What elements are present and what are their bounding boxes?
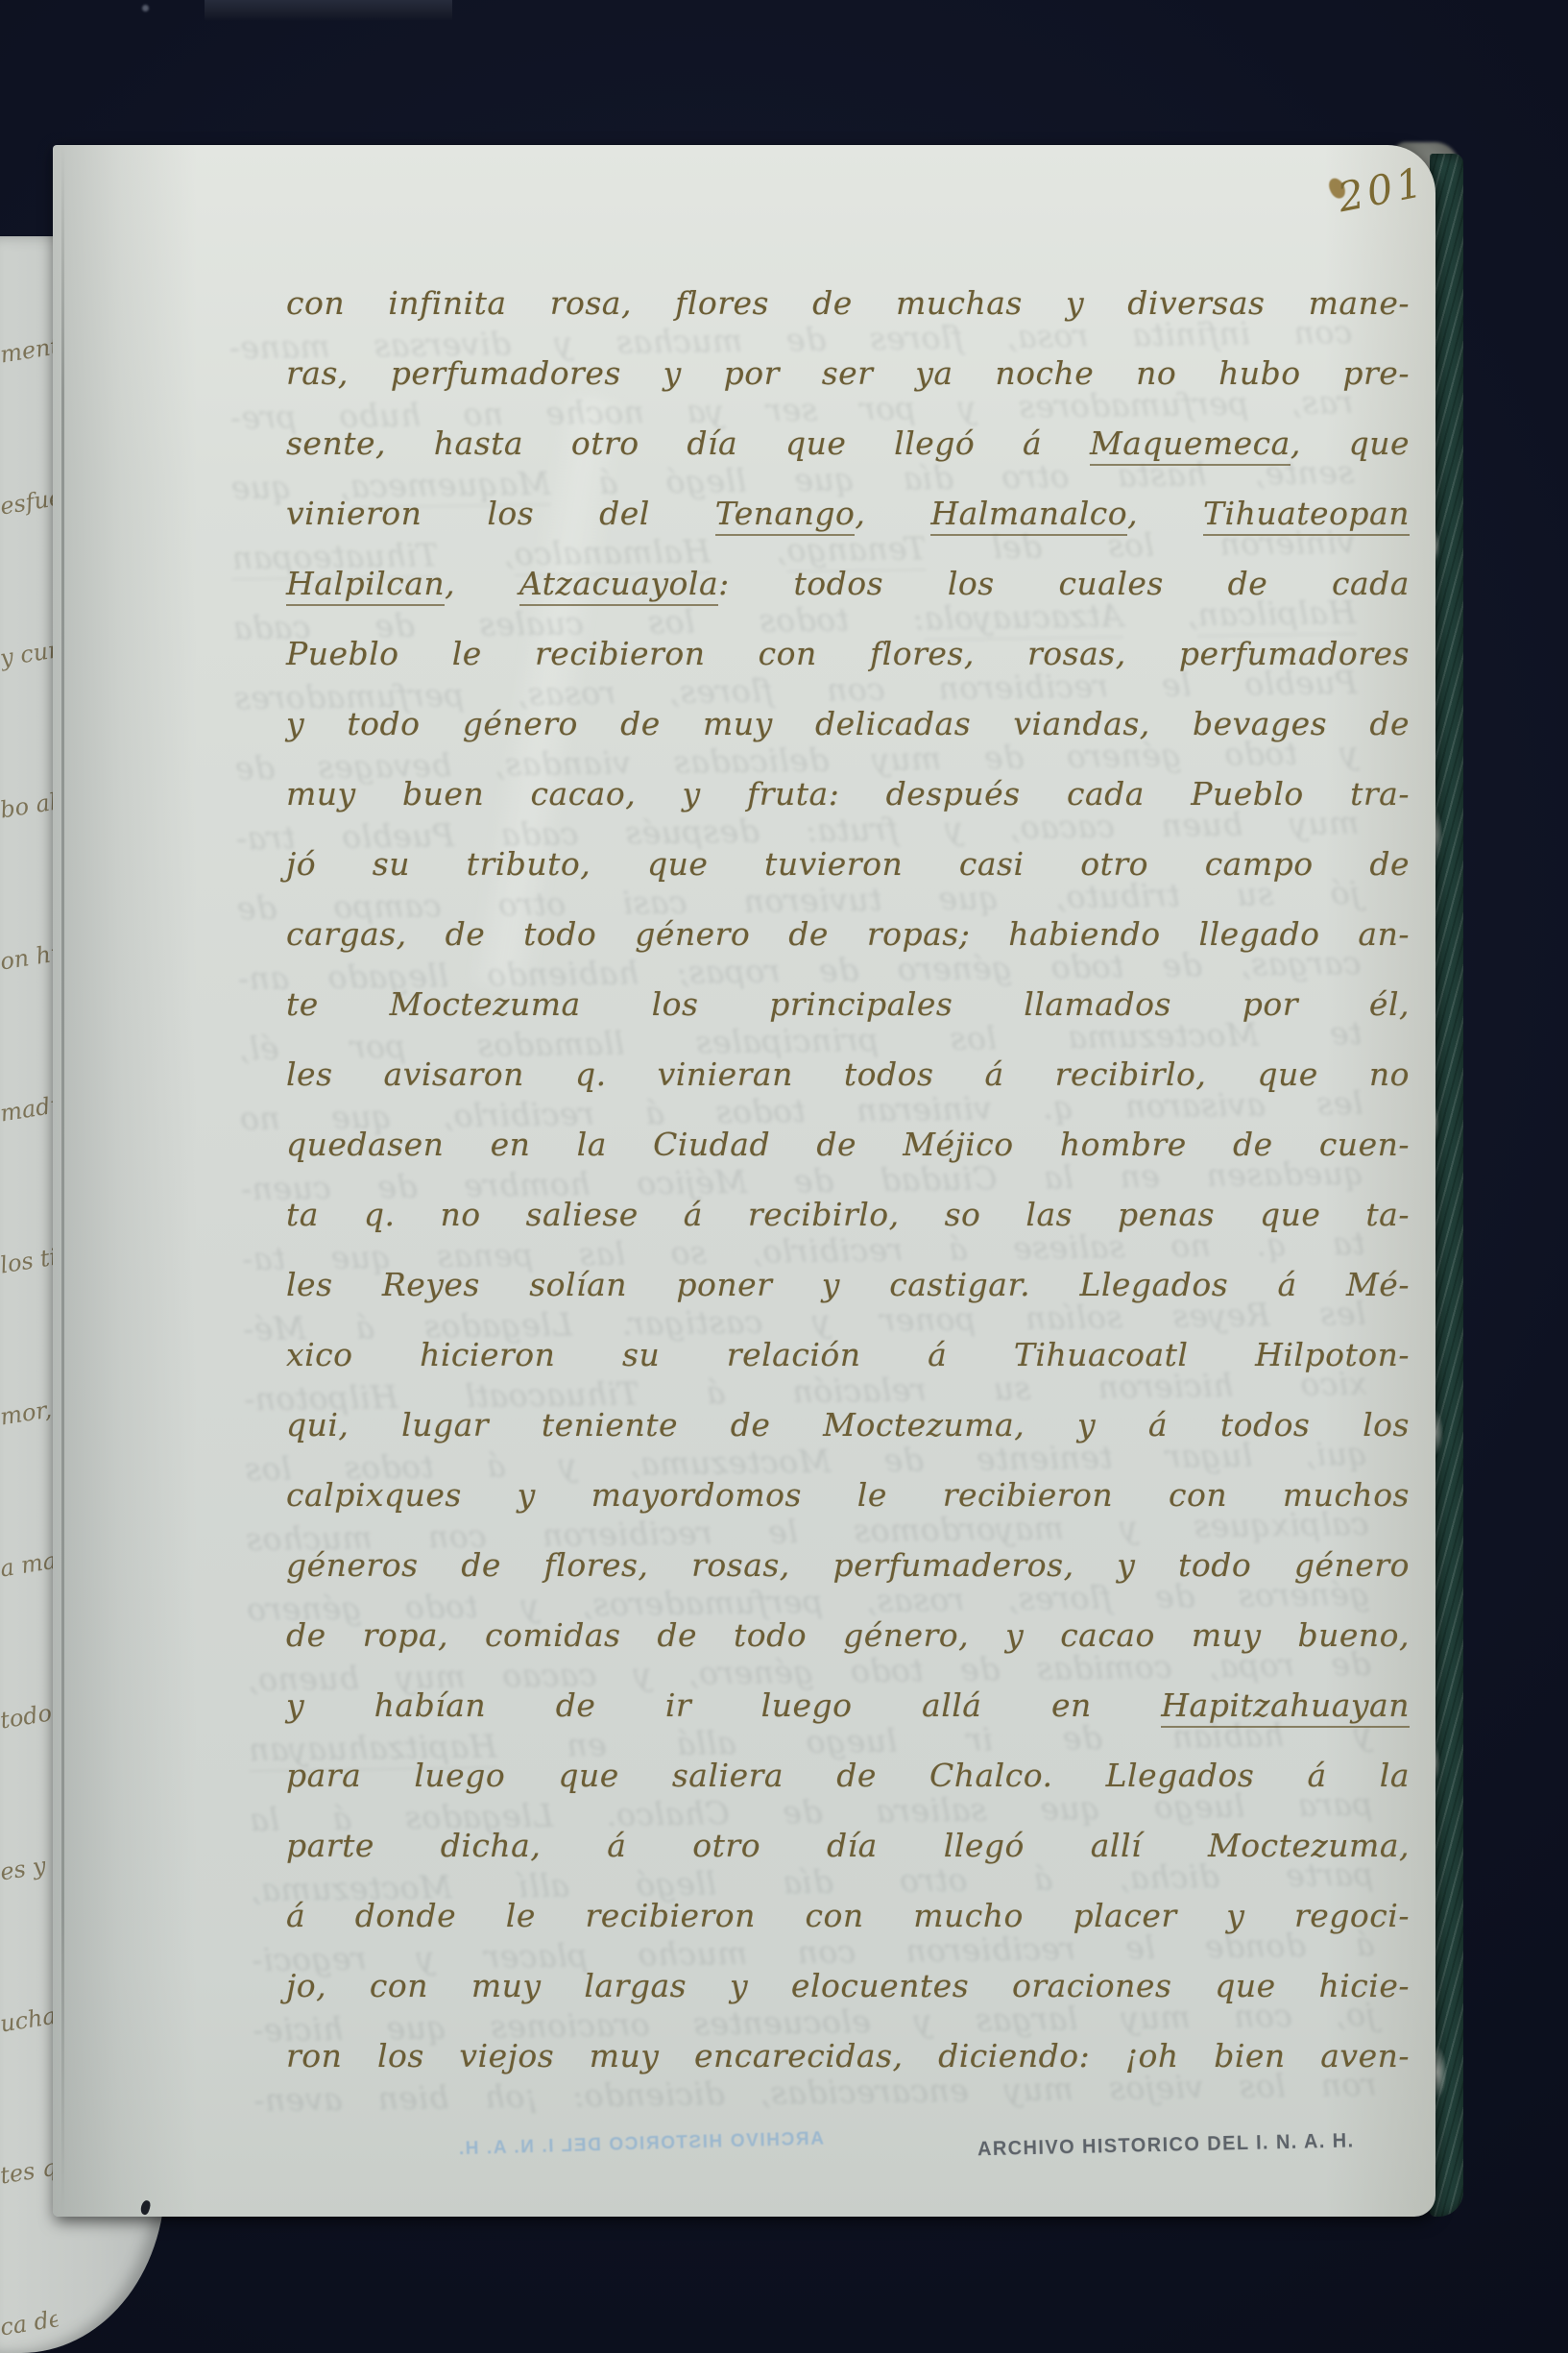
manuscript-line: les avisaron q. vinieran todos á recibir… [286,1039,1410,1109]
manuscript-words: les Reyes solían poner y castigar. Llega… [286,1266,1410,1303]
manuscript-line: jó su tributo, que tuvieron casi otro ca… [286,829,1410,899]
manuscript-words: jo, con muy largas y elocuentes oracione… [286,1967,1410,2004]
underlined-place-name: Atzacuayola [519,565,718,606]
manuscript-words: géneros de flores, rosas, perfumaderos, … [286,1546,1410,1584]
manuscript-words: xico hicieron su relación á Tihuacoatl H… [286,1336,1410,1373]
adjacent-page-text-fragment: ca de [0,2304,60,2341]
archive-stamp: ARCHIVO HISTORICO DEL I. N. A. H. [977,2130,1315,2161]
photo-backdrop: menteesfuery cumpbo alon humadrelos tien… [0,0,1568,2353]
adjacent-page-text-fragment: on hu [0,938,60,976]
manuscript-words: y habían de ir luego allá en [286,1686,1161,1724]
adjacent-page-text-fragment: mente [0,331,60,369]
adjacent-page-text-fragment: y cump [0,635,60,672]
manuscript-line: y todo género de muy delicadas viandas, … [286,689,1410,759]
manuscript-line: géneros de flores, rosas, perfumaderos, … [286,1530,1410,1600]
adjacent-page-text-fragment: ucha at [0,2001,60,2038]
manuscript-words: para luego que saliera de Chalco. Llegad… [286,1757,1410,1794]
manuscript-words: , [445,565,519,602]
manuscript-words: ron los viejos muy encarecidas, diciendo… [286,2037,1410,2074]
manuscript-line: Halpilcan, Atzacuayola: todos los cuales… [286,548,1410,619]
manuscript-line: quedasen en la Ciudad de Méjico hombre d… [286,1109,1410,1179]
manuscript-words: quedasen en la Ciudad de Méjico hombre d… [286,1126,1410,1163]
underlined-place-name: Hapitzahuayan [1161,1686,1410,1728]
adjacent-page-text-fragment: todo lo [0,1697,60,1734]
manuscript-words: ras, perfumadores y por ser ya noche no … [286,354,1410,392]
manuscript-line: vinieron los del Tenango, Halmanalco, Ti… [286,478,1410,548]
manuscript-words: , [855,495,930,532]
manuscript-line: á donde le recibieron con mucho placer y… [286,1880,1410,1951]
adjacent-page-text-fragment: tes qu [0,2152,60,2190]
manuscript-line: con infinita rosa, flores de muchas y di… [286,268,1410,338]
manuscript-words: te Moctezuma los principales llamados po… [286,985,1410,1023]
manuscript-line: parte dicha, á otro día llegó allí Mocte… [286,1810,1410,1880]
manuscript-line: ta q. no saliese á recibirlo, so las pen… [286,1179,1410,1249]
underlined-place-name: Tenango [715,495,856,536]
manuscript-words: Pueblo le recibieron con flores, rosas, … [286,635,1410,672]
manuscript-words: sente, hasta otro día que llegó á [286,425,1090,462]
ink-fleck [139,2199,152,2216]
book-spine-edge [205,0,452,21]
adjacent-page-text-fragment: mor, y l [0,1394,60,1431]
manuscript-words: de ropa, comidas de todo género, y cacao… [286,1616,1410,1654]
manuscript-line: les Reyes solían poner y castigar. Llega… [286,1249,1410,1320]
underlined-place-name: Maquemeca [1090,425,1291,466]
manuscript-words: calpixques y mayordomos le recibieron co… [286,1476,1410,1514]
manuscript-words: jó su tributo, que tuvieron casi otro ca… [286,845,1410,883]
manuscript-words: con infinita rosa, flores de muchas y di… [286,284,1410,322]
adjacent-page-text-fragment: a ma [0,1545,60,1583]
manuscript-page: con infinita rosa, flores de muchas y di… [53,145,1435,2217]
dust-speck [142,5,149,12]
manuscript-words: cargas, de todo género de ropas; habiend… [286,915,1410,953]
manuscript-words: ta q. no saliese á recibirlo, so las pen… [286,1196,1410,1233]
manuscript-line: sente, hasta otro día que llegó á Maquem… [286,408,1410,478]
adjacent-page-text-fragment: es y h [0,1849,60,1886]
manuscript-words: , [1127,495,1203,532]
manuscript-line: jo, con muy largas y elocuentes oracione… [286,1951,1410,2021]
manuscript-words: : todos los cuales de cada [718,565,1410,602]
manuscript-line: xico hicieron su relación á Tihuacoatl H… [286,1320,1410,1390]
folio-number: 201 [1334,158,1430,222]
manuscript-words: parte dicha, á otro día llegó allí Mocte… [286,1827,1410,1864]
underlined-place-name: Tihuateopan [1203,495,1410,536]
adjacent-page-text-fragment: esfuer [0,483,60,521]
manuscript-line: ron los viejos muy encarecidas, diciendo… [286,2021,1410,2091]
manuscript-line: de ropa, comidas de todo género, y cacao… [286,1600,1410,1670]
underlined-place-name: Halpilcan [286,565,445,606]
adjacent-page-text-fragment: los tiene [0,1242,60,1279]
manuscript-line: para luego que saliera de Chalco. Llegad… [286,1740,1410,1810]
manuscript-line: Pueblo le recibieron con flores, rosas, … [286,619,1410,689]
manuscript-words: vinieron los del [286,495,715,532]
adjacent-page-text-fragment: bo al [0,787,60,824]
underlined-place-name: Halmanalco [930,495,1127,536]
manuscript-words: qui, lugar teniente de Moctezuma, y á to… [286,1406,1410,1443]
manuscript-line: muy buen cacao, y fruta: después cada Pu… [286,759,1410,829]
manuscript-line: calpixques y mayordomos le recibieron co… [286,1460,1410,1530]
manuscript-words: , que [1291,425,1410,462]
manuscript-line: te Moctezuma los principales llamados po… [286,969,1410,1039]
manuscript-words: y todo género de muy delicadas viandas, … [286,705,1410,742]
manuscript-line: ras, perfumadores y por ser ya noche no … [286,338,1410,408]
manuscript-line: cargas, de todo género de ropas; habiend… [286,899,1410,969]
manuscript-line: y habían de ir luego allá en Hapitzahuay… [286,1670,1410,1740]
adjacent-page-text-fragment: madre [0,1090,60,1128]
archive-stamp-mirrored: ARCHIVO HISTORICO DEL I. N. A. H. [517,2129,824,2159]
manuscript-text: con infinita rosa, flores de muchas y di… [286,268,1410,2091]
manuscript-line: qui, lugar teniente de Moctezuma, y á to… [286,1390,1410,1460]
manuscript-words: les avisaron q. vinieran todos á recibir… [286,1055,1410,1093]
manuscript-words: muy buen cacao, y fruta: después cada Pu… [286,775,1410,813]
manuscript-words: á donde le recibieron con mucho placer y… [286,1897,1410,1934]
